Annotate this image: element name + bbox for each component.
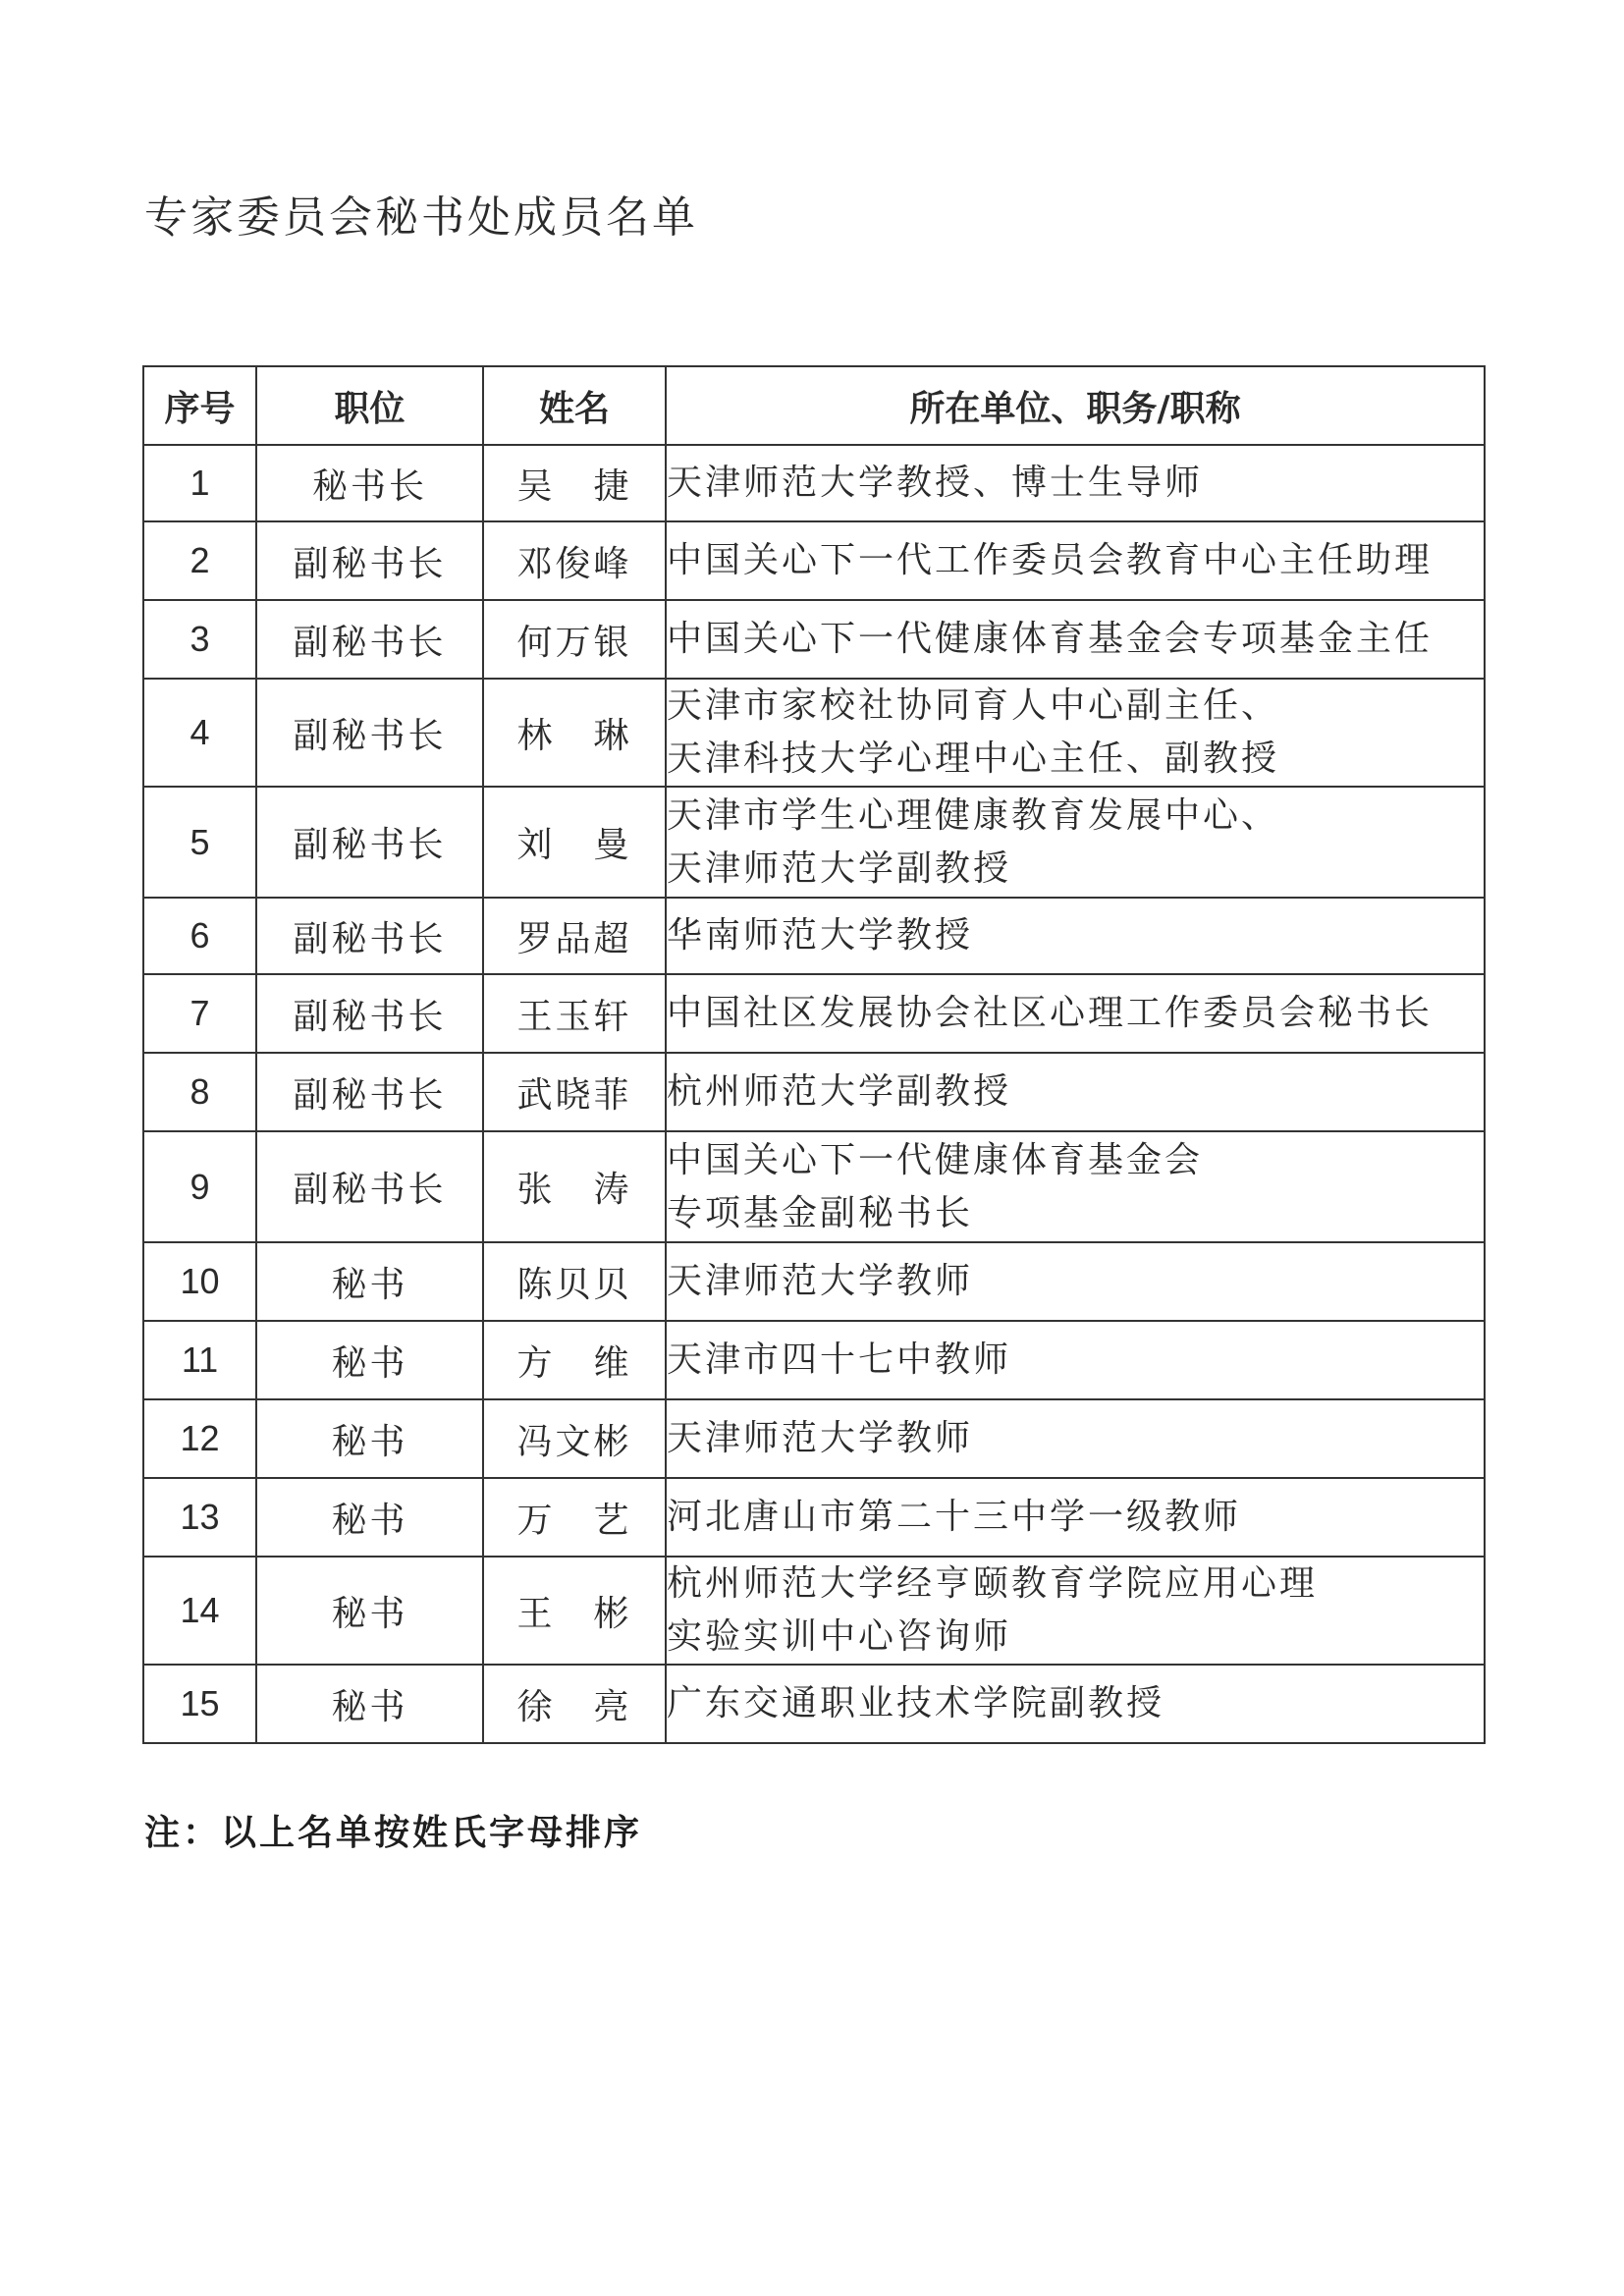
cell-unit: 天津师范大学教授、博士生导师	[666, 445, 1485, 521]
document-title: 专家委员会秘书处成员名单	[144, 182, 698, 245]
cell-no: 5	[143, 787, 256, 898]
unit-line: 天津师范大学教师	[667, 1255, 1484, 1308]
header-no: 序号	[143, 366, 256, 445]
cell-unit: 中国关心下一代工作委员会教育中心主任助理	[666, 521, 1485, 600]
cell-unit: 中国关心下一代健康体育基金会专项基金副秘书长	[666, 1131, 1485, 1242]
cell-unit: 天津市家校社协同育人中心副主任、天津科技大学心理中心主任、副教授	[666, 679, 1485, 787]
unit-line: 杭州师范大学副教授	[667, 1066, 1484, 1119]
cell-name: 何万银	[483, 600, 666, 679]
cell-position: 秘书	[256, 1321, 483, 1399]
cell-name: 吴 捷	[483, 445, 666, 521]
cell-name: 林 琳	[483, 679, 666, 787]
unit-line: 天津市学生心理健康教育发展中心、	[667, 790, 1484, 843]
header-name: 姓名	[483, 366, 666, 445]
table-header-row: 序号 职位 姓名 所在单位、职务/职称	[143, 366, 1485, 445]
cell-unit: 杭州师范大学副教授	[666, 1053, 1485, 1131]
cell-no: 14	[143, 1557, 256, 1665]
cell-unit: 河北唐山市第二十三中学一级教师	[666, 1478, 1485, 1557]
cell-position: 秘书	[256, 1242, 483, 1321]
cell-name: 冯文彬	[483, 1399, 666, 1478]
cell-name: 王玉轩	[483, 974, 666, 1053]
cell-no: 8	[143, 1053, 256, 1131]
cell-position: 副秘书长	[256, 1053, 483, 1131]
unit-line: 中国关心下一代健康体育基金会	[667, 1134, 1484, 1187]
table-row: 15秘书徐 亮广东交通职业技术学院副教授	[143, 1665, 1485, 1743]
table-row: 4副秘书长林 琳天津市家校社协同育人中心副主任、天津科技大学心理中心主任、副教授	[143, 679, 1485, 787]
member-table: 序号 职位 姓名 所在单位、职务/职称 1秘书长吴 捷天津师范大学教授、博士生导…	[142, 365, 1486, 1744]
unit-line: 杭州师范大学经亨颐教育学院应用心理	[667, 1558, 1484, 1611]
cell-no: 10	[143, 1242, 256, 1321]
cell-no: 7	[143, 974, 256, 1053]
cell-position: 秘书	[256, 1478, 483, 1557]
unit-line: 天津师范大学教师	[667, 1412, 1484, 1465]
unit-line: 中国关心下一代健康体育基金会专项基金主任	[667, 613, 1484, 666]
cell-position: 副秘书长	[256, 898, 483, 974]
cell-position: 秘书长	[256, 445, 483, 521]
table-row: 8副秘书长武晓菲杭州师范大学副教授	[143, 1053, 1485, 1131]
cell-name: 陈贝贝	[483, 1242, 666, 1321]
cell-unit: 华南师范大学教授	[666, 898, 1485, 974]
cell-name: 张 涛	[483, 1131, 666, 1242]
cell-position: 副秘书长	[256, 600, 483, 679]
cell-no: 12	[143, 1399, 256, 1478]
unit-line: 天津市四十七中教师	[667, 1334, 1484, 1387]
header-unit: 所在单位、职务/职称	[666, 366, 1485, 445]
unit-line: 天津科技大学心理中心主任、副教授	[667, 733, 1484, 786]
cell-no: 1	[143, 445, 256, 521]
cell-name: 武晓菲	[483, 1053, 666, 1131]
cell-name: 万 艺	[483, 1478, 666, 1557]
unit-line: 华南师范大学教授	[667, 909, 1484, 962]
table-row: 7副秘书长王玉轩中国社区发展协会社区心理工作委员会秘书长	[143, 974, 1485, 1053]
cell-name: 邓俊峰	[483, 521, 666, 600]
cell-no: 9	[143, 1131, 256, 1242]
cell-no: 15	[143, 1665, 256, 1743]
cell-position: 副秘书长	[256, 1131, 483, 1242]
cell-unit: 中国关心下一代健康体育基金会专项基金主任	[666, 600, 1485, 679]
cell-name: 方 维	[483, 1321, 666, 1399]
table-row: 9副秘书长张 涛中国关心下一代健康体育基金会专项基金副秘书长	[143, 1131, 1485, 1242]
cell-unit: 天津师范大学教师	[666, 1242, 1485, 1321]
unit-line: 广东交通职业技术学院副教授	[667, 1677, 1484, 1730]
cell-position: 副秘书长	[256, 521, 483, 600]
table-row: 1秘书长吴 捷天津师范大学教授、博士生导师	[143, 445, 1485, 521]
table-row: 10秘书陈贝贝天津师范大学教师	[143, 1242, 1485, 1321]
unit-line: 天津师范大学教授、博士生导师	[667, 457, 1484, 510]
unit-line: 天津市家校社协同育人中心副主任、	[667, 680, 1484, 733]
header-position: 职位	[256, 366, 483, 445]
cell-no: 6	[143, 898, 256, 974]
sorting-note: 注：以上名单按姓氏字母排序	[144, 1805, 642, 1855]
table-row: 13秘书万 艺河北唐山市第二十三中学一级教师	[143, 1478, 1485, 1557]
unit-line: 天津师范大学副教授	[667, 843, 1484, 896]
unit-line: 中国社区发展协会社区心理工作委员会秘书长	[667, 987, 1484, 1040]
unit-line: 专项基金副秘书长	[667, 1187, 1484, 1240]
cell-unit: 天津市四十七中教师	[666, 1321, 1485, 1399]
cell-unit: 广东交通职业技术学院副教授	[666, 1665, 1485, 1743]
cell-name: 徐 亮	[483, 1665, 666, 1743]
cell-position: 副秘书长	[256, 679, 483, 787]
table-row: 11秘书方 维天津市四十七中教师	[143, 1321, 1485, 1399]
cell-position: 副秘书长	[256, 787, 483, 898]
cell-position: 秘书	[256, 1399, 483, 1478]
cell-no: 2	[143, 521, 256, 600]
cell-no: 13	[143, 1478, 256, 1557]
cell-name: 刘 曼	[483, 787, 666, 898]
table-row: 12秘书冯文彬天津师范大学教师	[143, 1399, 1485, 1478]
cell-unit: 杭州师范大学经亨颐教育学院应用心理实验实训中心咨询师	[666, 1557, 1485, 1665]
table-row: 2副秘书长邓俊峰中国关心下一代工作委员会教育中心主任助理	[143, 521, 1485, 600]
cell-name: 罗品超	[483, 898, 666, 974]
table-row: 5副秘书长刘 曼天津市学生心理健康教育发展中心、天津师范大学副教授	[143, 787, 1485, 898]
unit-line: 实验实训中心咨询师	[667, 1611, 1484, 1664]
cell-unit: 天津市学生心理健康教育发展中心、天津师范大学副教授	[666, 787, 1485, 898]
table-row: 6副秘书长罗品超华南师范大学教授	[143, 898, 1485, 974]
cell-position: 秘书	[256, 1665, 483, 1743]
cell-no: 3	[143, 600, 256, 679]
cell-no: 4	[143, 679, 256, 787]
cell-position: 副秘书长	[256, 974, 483, 1053]
table-row: 3副秘书长何万银中国关心下一代健康体育基金会专项基金主任	[143, 600, 1485, 679]
cell-name: 王 彬	[483, 1557, 666, 1665]
cell-unit: 天津师范大学教师	[666, 1399, 1485, 1478]
cell-position: 秘书	[256, 1557, 483, 1665]
unit-line: 中国关心下一代工作委员会教育中心主任助理	[667, 534, 1484, 587]
cell-no: 11	[143, 1321, 256, 1399]
unit-line: 河北唐山市第二十三中学一级教师	[667, 1491, 1484, 1544]
cell-unit: 中国社区发展协会社区心理工作委员会秘书长	[666, 974, 1485, 1053]
table-body: 1秘书长吴 捷天津师范大学教授、博士生导师2副秘书长邓俊峰中国关心下一代工作委员…	[143, 445, 1485, 1743]
table-row: 14秘书王 彬杭州师范大学经亨颐教育学院应用心理实验实训中心咨询师	[143, 1557, 1485, 1665]
